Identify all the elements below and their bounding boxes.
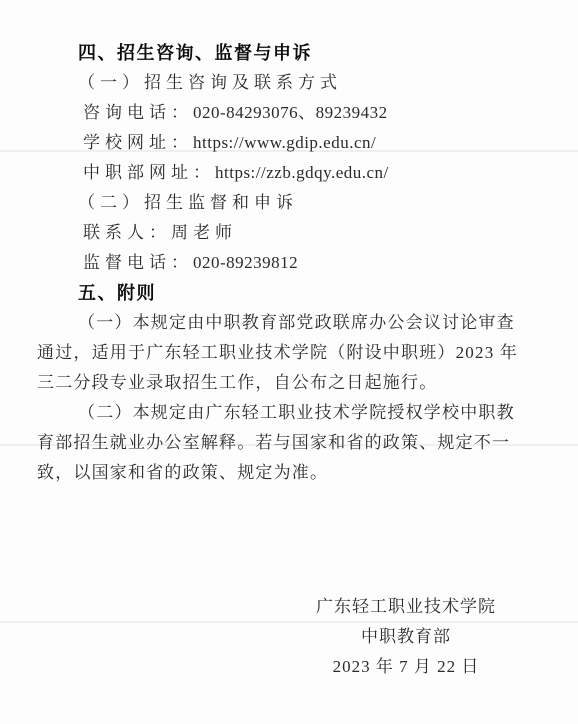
signature-block: 广东轻工职业技术学院 中职教育部 2023 年 7 月 22 日 xyxy=(271,592,541,682)
section-supplementary: 五、附则 （一）本规定由中职教育部党政联席办公会议讨论审查 通过，适用于广东轻工… xyxy=(37,278,541,488)
paragraph-5-1-line-2: 通过，适用于广东轻工职业技术学院（附设中职班）2023 年 xyxy=(37,338,541,368)
contact-person-value: 周老师 xyxy=(171,223,237,242)
contact-phone-line: 咨询电话：020-84293076、89239432 xyxy=(83,98,541,128)
signature-department: 中职教育部 xyxy=(271,622,541,652)
supervise-phone-label: 监督电话： xyxy=(83,253,193,272)
contact-person-line: 联系人：周老师 xyxy=(83,218,541,248)
contact-person-label: 联系人： xyxy=(83,223,171,242)
signature-organization: 广东轻工职业技术学院 xyxy=(271,592,541,622)
supervise-phone-value: 020-89239812 xyxy=(193,253,298,272)
supervise-phone-line: 监督电话：020-89239812 xyxy=(83,248,541,278)
contact-phone-label: 咨询电话： xyxy=(83,103,193,122)
subsection-4-1-title: （一）招生咨询及联系方式 xyxy=(78,68,541,98)
dept-website-label: 中职部网址： xyxy=(83,163,215,182)
dept-website-url: https://zzb.gdqy.edu.cn/ xyxy=(215,163,389,182)
paragraph-5-2-line-1: （二）本规定由广东轻工职业技术学院授权学校中职教 xyxy=(78,398,541,428)
school-website-label: 学校网址： xyxy=(83,133,193,152)
paragraph-5-2-line-2: 育部招生就业办公室解释。若与国家和省的政策、规定不一 xyxy=(37,428,541,458)
subsection-4-2-title: （二）招生监督和申诉 xyxy=(78,188,541,218)
paragraph-5-1-line-1: （一）本规定由中职教育部党政联席办公会议讨论审查 xyxy=(78,308,541,338)
contact-phone-value: 020-84293076、89239432 xyxy=(193,103,388,122)
paragraph-5-1-line-3: 三二分段专业录取招生工作，自公布之日起施行。 xyxy=(37,368,541,398)
paragraph-5-2-line-3: 致，以国家和省的政策、规定为准。 xyxy=(37,458,541,488)
dept-website-line: 中职部网址：https://zzb.gdqy.edu.cn/ xyxy=(83,158,541,188)
section-4-heading: 四、招生咨询、监督与申诉 xyxy=(78,38,541,68)
document-content: 四、招生咨询、监督与申诉 （一）招生咨询及联系方式 咨询电话：020-84293… xyxy=(0,0,578,682)
paragraph-5-1: （一）本规定由中职教育部党政联席办公会议讨论审查 通过，适用于广东轻工职业技术学… xyxy=(37,308,541,398)
paragraph-5-2: （二）本规定由广东轻工职业技术学院授权学校中职教 育部招生就业办公室解释。若与国… xyxy=(37,398,541,488)
section-consultation: 四、招生咨询、监督与申诉 （一）招生咨询及联系方式 咨询电话：020-84293… xyxy=(37,38,541,278)
school-website-line: 学校网址：https://www.gdip.edu.cn/ xyxy=(83,128,541,158)
document-page: 四、招生咨询、监督与申诉 （一）招生咨询及联系方式 咨询电话：020-84293… xyxy=(0,0,578,724)
section-5-heading: 五、附则 xyxy=(78,278,541,308)
school-website-url: https://www.gdip.edu.cn/ xyxy=(193,133,376,152)
signature-date: 2023 年 7 月 22 日 xyxy=(271,652,541,682)
